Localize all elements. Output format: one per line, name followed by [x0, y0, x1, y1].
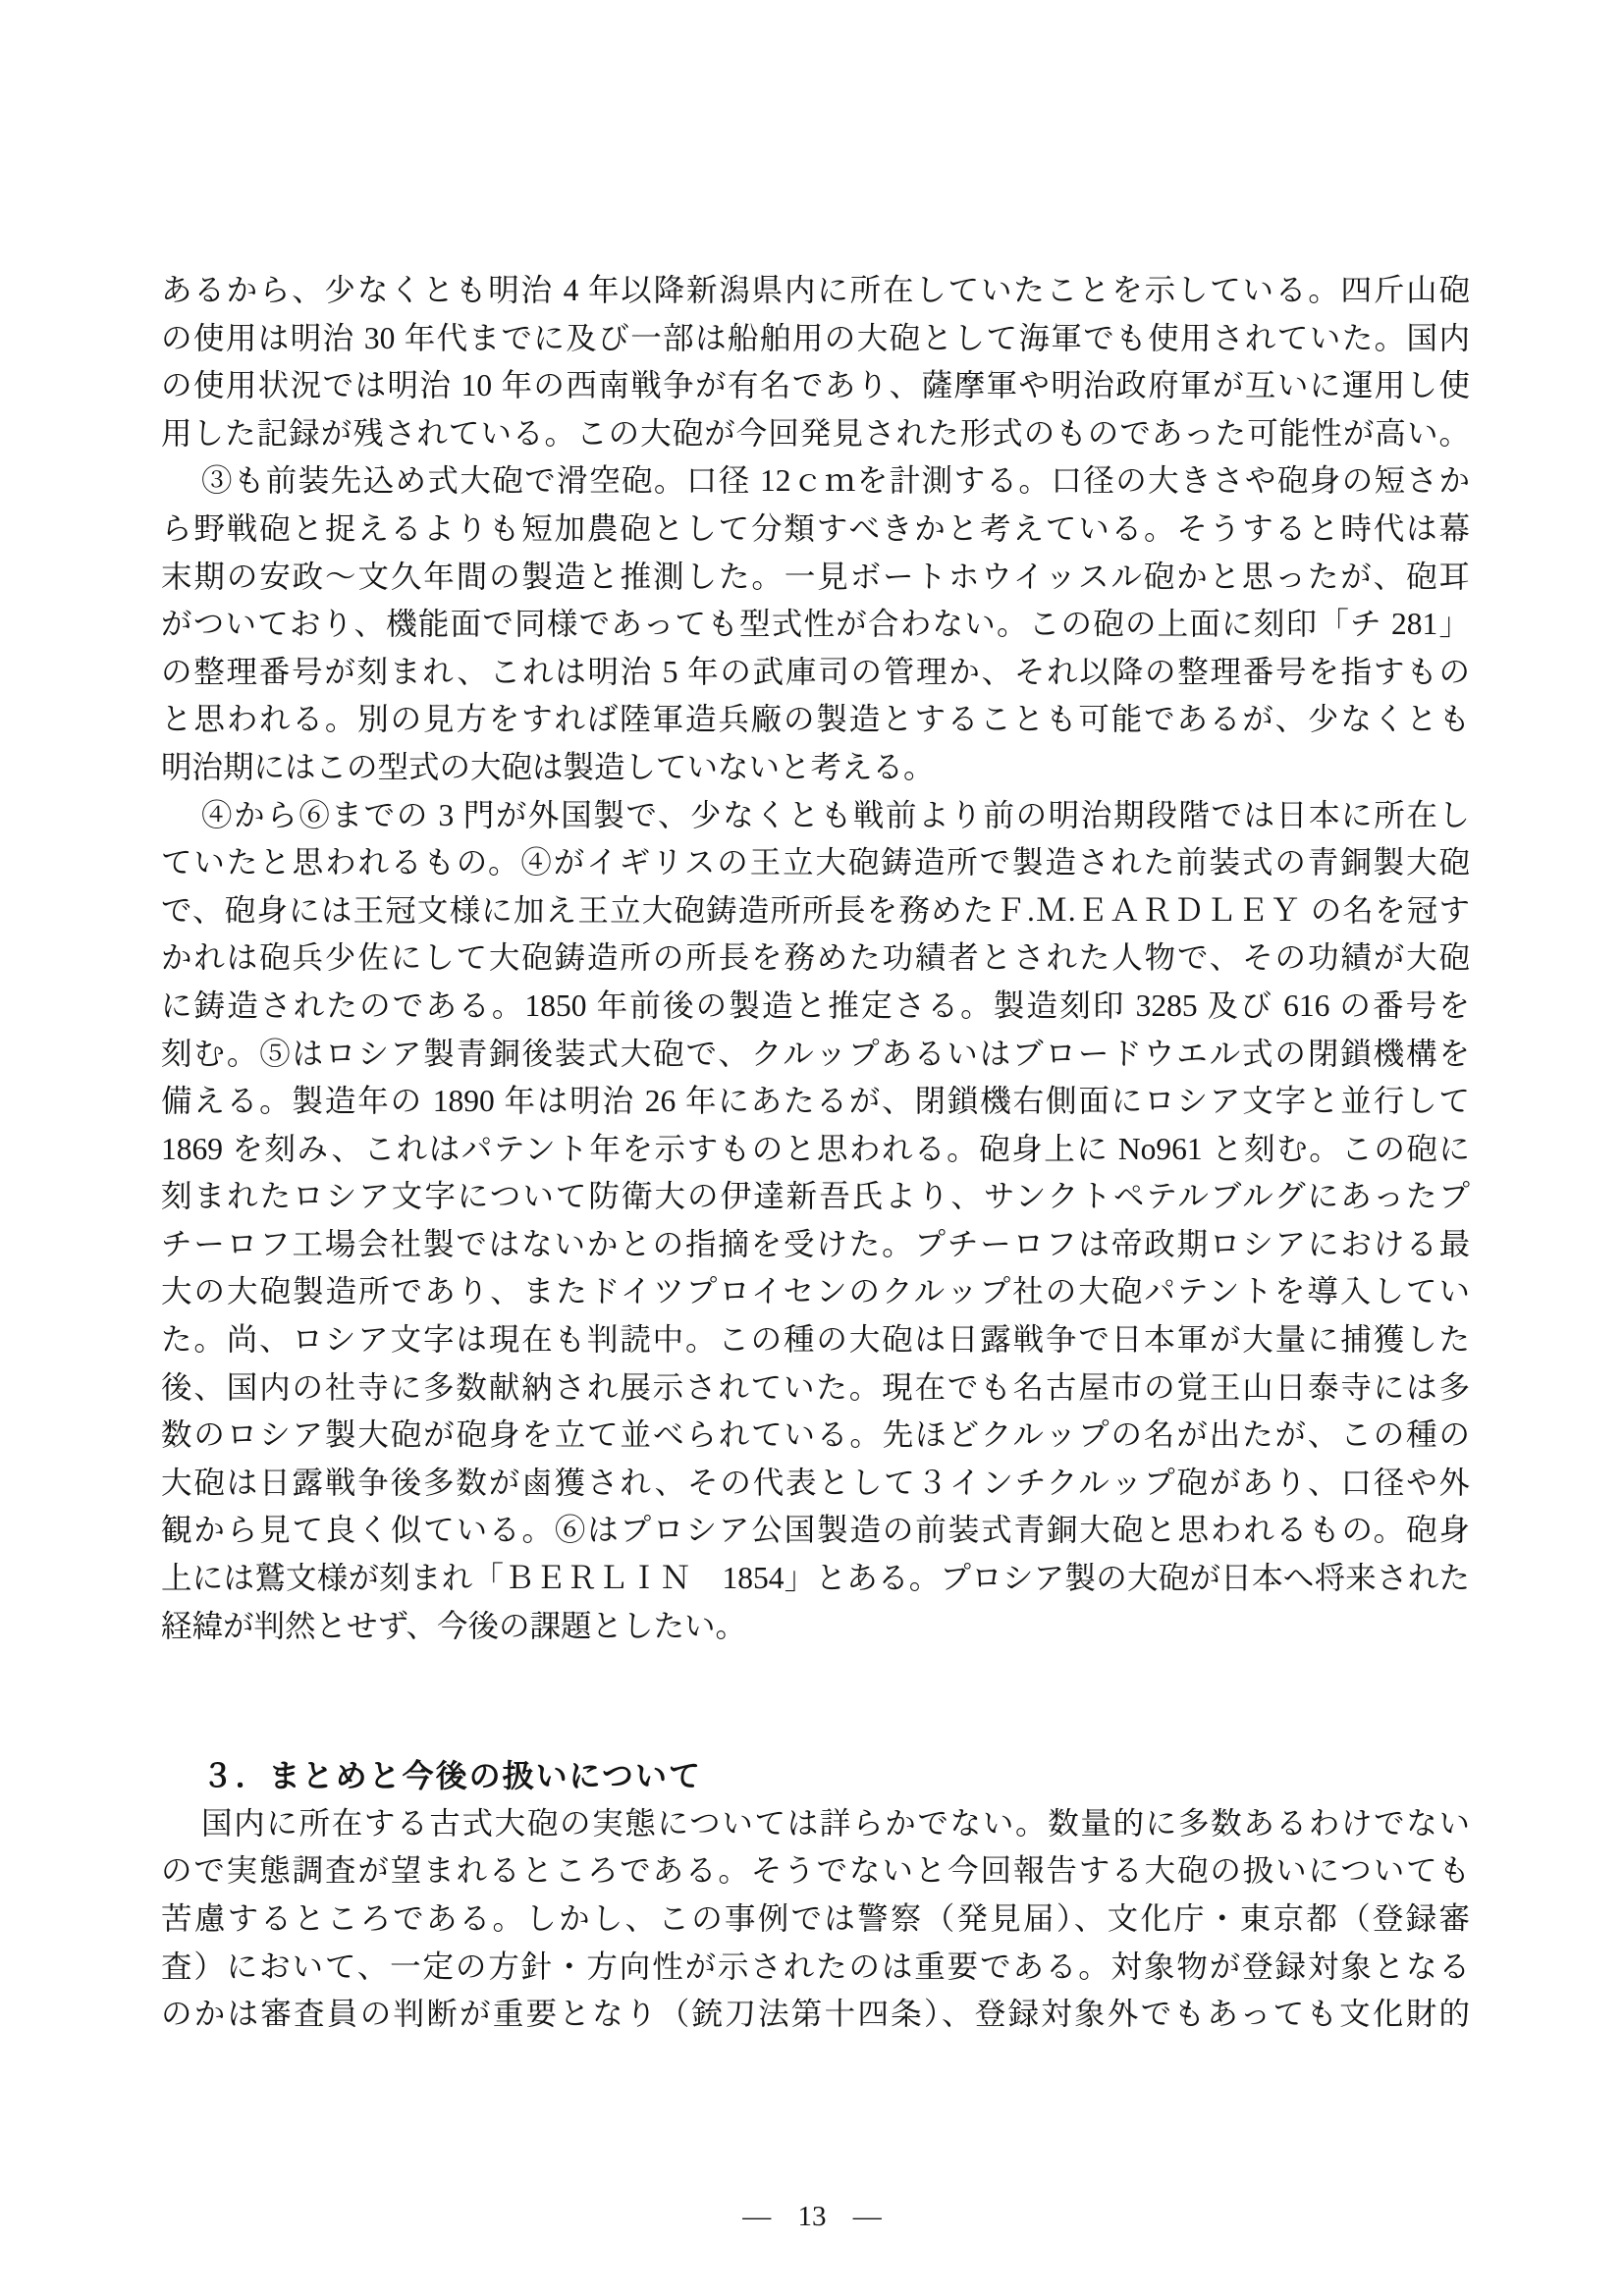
text-line: 国内に所在する古式大砲の実態については詳らかでない。数量的に多数あるわけでない — [161, 1800, 1470, 1848]
text-line: 後、国内の社寺に多数献納され展示されていた。現在でも名古屋市の覚王山日泰寺には多 — [161, 1364, 1470, 1413]
text-line: に鋳造されたのである。1850 年前後の製造と推定さる。製造刻印 3285 及び… — [161, 983, 1470, 1031]
text-line: ③も前装先込め式大砲で滑空砲。口径 12ｃｍを計測する。口径の大きさや砲身の短さ… — [161, 457, 1470, 506]
text-line: 大の大砲製造所であり、またドイツプロイセンのクルップ社の大砲パテントを導入してい — [161, 1268, 1470, 1316]
text-line: 刻まれたロシア文字について防衛大の伊達新吾氏より、サンクトペテルブルグにあったプ — [161, 1173, 1470, 1221]
text-line: 経緯が判然とせず、今後の課題としたい。 — [161, 1603, 1470, 1651]
text-line: 上には鷲文様が刻まれ「ＢＥＲＬＩＮ 1854」とある。プロシア製の大砲が日本へ将… — [161, 1555, 1470, 1603]
text-line: ていたと思われるもの。④がイギリスの王立大砲鋳造所で製造された前装式の青銅製大砲 — [161, 839, 1470, 887]
text-line: 明治期にはこの型式の大砲は製造していないと考える。 — [161, 744, 1470, 792]
text-line: がついており、機能面で同様であっても型式性が合わない。この砲の上面に刻印「チ 2… — [161, 601, 1470, 649]
text-line: 1869 を刻み、これはパテント年を示すものと思われる。砲身上に No961 と… — [161, 1126, 1470, 1174]
text-line: 大砲は日露戦争後多数が鹵獲され、その代表として３インチクルップ砲があり、口径や外 — [161, 1460, 1470, 1508]
text-line: 観から見て良く似ている。⑥はプロシア公国製造の前装式青銅大砲と思われるもの。砲身 — [161, 1507, 1470, 1555]
text-line: ④から⑥までの 3 門が外国製で、少なくとも戦前より前の明治期段階では日本に所在… — [161, 792, 1470, 840]
text-line: 備える。製造年の 1890 年は明治 26 年にあたるが、閉鎖機右側面にロシア文… — [161, 1078, 1470, 1126]
text-line: ら野戦砲と捉えるよりも短加農砲として分類すべきかと考えている。そうすると時代は幕 — [161, 506, 1470, 554]
text-line: の使用は明治 30 年代までに及び一部は船舶用の大砲として海軍でも使用されていた… — [161, 315, 1470, 363]
text-line: あるから、少なくとも明治 4 年以降新潟県内に所在していたことを示している。四斤… — [161, 267, 1470, 315]
section-heading: ３．まとめと今後の扱いについて — [161, 1752, 1470, 1800]
body-text: あるから、少なくとも明治 4 年以降新潟県内に所在していたことを示している。四斤… — [161, 267, 1470, 2039]
text-line: で、砲身には王冠文様に加え王立大砲鋳造所所長を務めたＦ.Ｍ.ＥＡＲＤＬＥＹ の名… — [161, 887, 1470, 935]
page-number: — 13 — — [0, 2195, 1624, 2238]
text-line: の使用状況では明治 10 年の西南戦争が有名であり、薩摩軍や明治政府軍が互いに運… — [161, 362, 1470, 410]
text-line: 刻む。⑤はロシア製青銅後装式大砲で、クルップあるいはブロードウエル式の閉鎖機構を — [161, 1031, 1470, 1079]
text-line: チーロフ工場会社製ではないかとの指摘を受けた。プチーロフは帝政期ロシアにおける最 — [161, 1221, 1470, 1269]
text-line: 苦慮するところである。しかし、この事例では警察（発見届）、文化庁・東京都（登録審 — [161, 1896, 1470, 1944]
text-line: の整理番号が刻まれ、これは明治 5 年の武庫司の管理か、それ以降の整理番号を指す… — [161, 649, 1470, 697]
text-line: 数のロシア製大砲が砲身を立て並べられている。先ほどクルップの名が出たが、この種の — [161, 1412, 1470, 1460]
text-line: た。尚、ロシア文字は現在も判読中。この種の大砲は日露戦争で日本軍が大量に捕獲した — [161, 1316, 1470, 1364]
text-line: かれは砲兵少佐にして大砲鋳造所の所長を務めた功績者とされた人物で、その功績が大砲 — [161, 934, 1470, 983]
text-line: と思われる。別の見方をすれば陸軍造兵廠の製造とすることも可能であるが、少なくとも — [161, 696, 1470, 744]
text-line: 査）において、一定の方針・方向性が示されたのは重要である。対象物が登録対象となる — [161, 1944, 1470, 1992]
document-page: あるから、少なくとも明治 4 年以降新潟県内に所在していたことを示している。四斤… — [0, 0, 1624, 2296]
text-line: 末期の安政～文久年間の製造と推測した。一見ボートホウイッスル砲かと思ったが、砲耳 — [161, 554, 1470, 602]
text-line: のかは審査員の判断が重要となり（銃刀法第十四条）、登録対象外でもあっても文化財的 — [161, 1991, 1470, 2039]
text-line: 用した記録が残されている。この大砲が今回発見された形式のものであった可能性が高い… — [161, 410, 1470, 458]
text-line: ので実態調査が望まれるところである。そうでないと今回報告する大砲の扱いについても — [161, 1847, 1470, 1896]
